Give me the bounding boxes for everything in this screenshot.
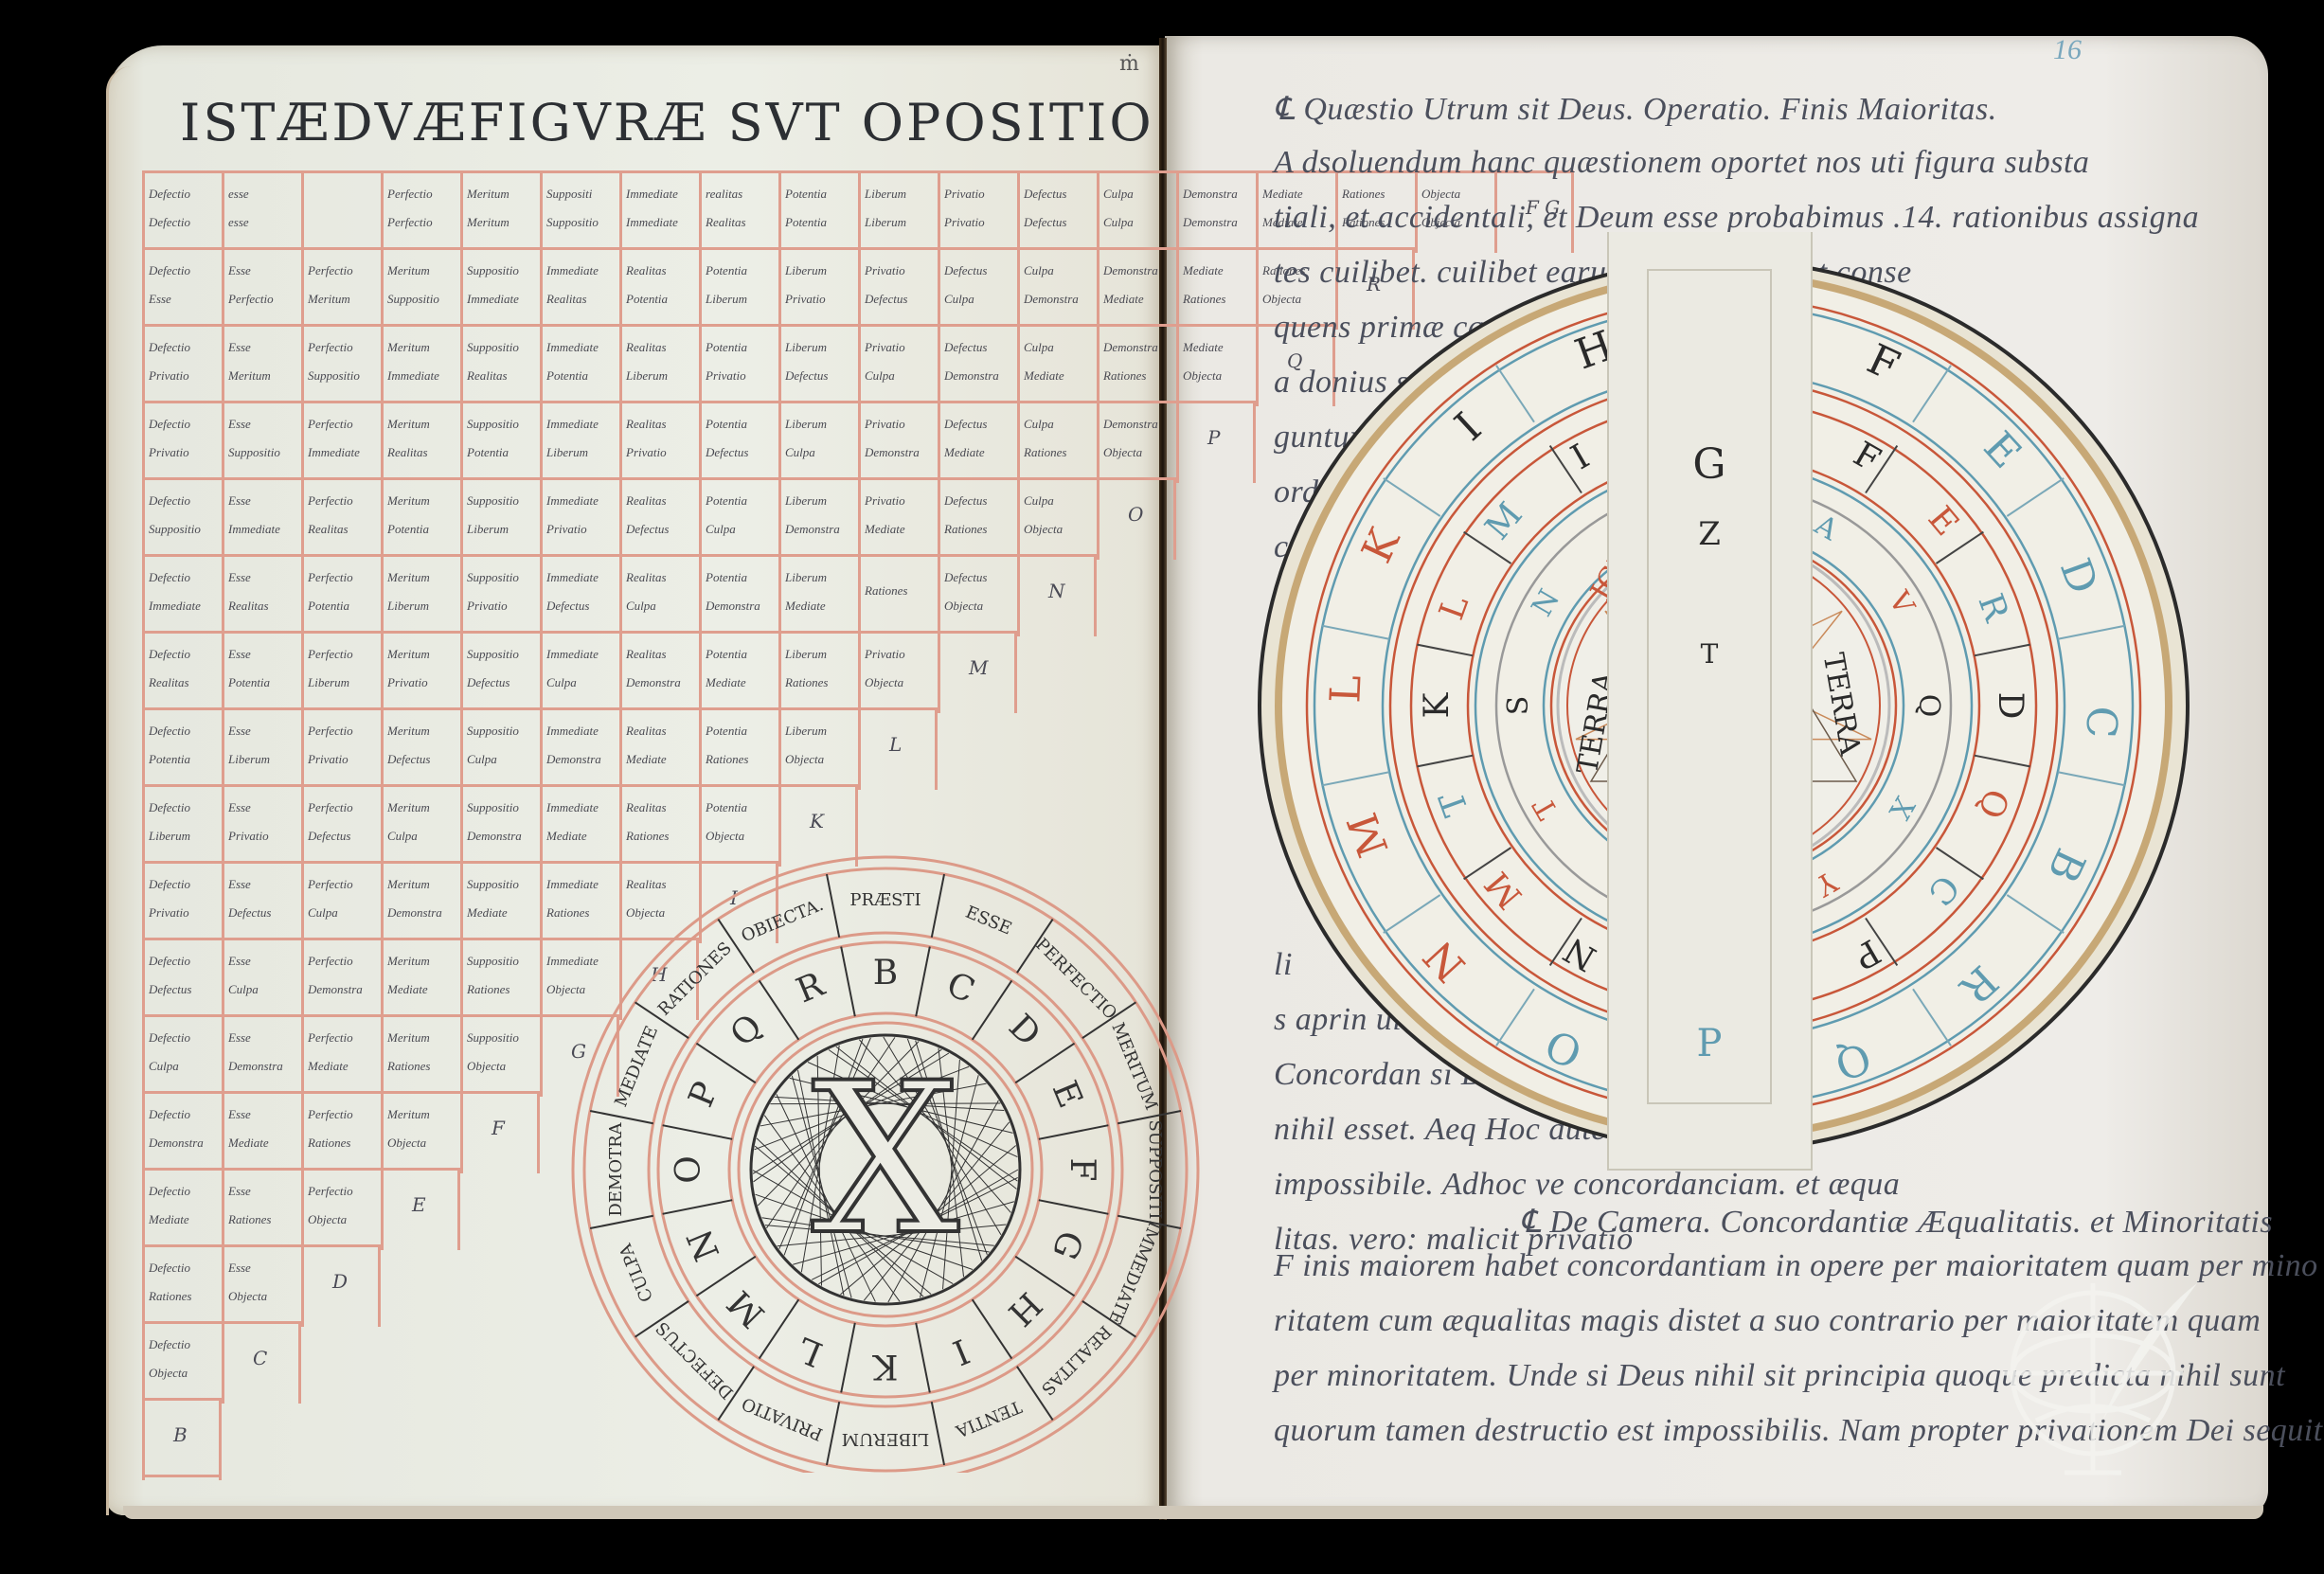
svg-text:P: P bbox=[1697, 1022, 1723, 1065]
row-label-cell: D bbox=[301, 1247, 381, 1327]
ring-label: F bbox=[1063, 1158, 1101, 1182]
table-cell: RealitasPrivatio bbox=[619, 403, 699, 483]
row-label-cell: C bbox=[222, 1324, 301, 1404]
row-label: F bbox=[492, 1120, 505, 1136]
table-cell: DefectioDefectus bbox=[142, 940, 222, 1020]
table-cell: DefectioMediate bbox=[142, 1171, 222, 1250]
table-cell: SuppositioImmediate bbox=[460, 250, 540, 330]
table-cell: EsseRationes bbox=[222, 1171, 301, 1250]
table-cell: LiberumDefectus bbox=[778, 327, 858, 406]
table-cell: MeritumImmediate bbox=[381, 327, 460, 406]
table-cell: ImmediateImmediate bbox=[619, 173, 699, 253]
ring-label: N bbox=[680, 1224, 727, 1266]
table-cell: DefectusDemonstra bbox=[938, 327, 1017, 406]
ring-label: G bbox=[1044, 1225, 1090, 1264]
table-cell: SuppositioPotentia bbox=[460, 403, 540, 483]
ring-label: OBIECTA. bbox=[739, 895, 827, 947]
table-cell: DemonstraObjecta bbox=[1097, 403, 1176, 483]
table-row: DefectioDemonstraEsseMediatePerfectioRat… bbox=[142, 1091, 540, 1171]
table-cell: DefectusCulpa bbox=[938, 250, 1017, 330]
table-cell: EsseObjecta bbox=[222, 1247, 301, 1327]
table-cell: MeritumMediate bbox=[381, 940, 460, 1020]
table-cell: SuppositioDemonstra bbox=[460, 787, 540, 867]
title-mark: ṁ bbox=[1119, 52, 1139, 76]
table-cell: PrivatioPrivatio bbox=[938, 173, 1017, 253]
table-cell: PerfectioPotentia bbox=[301, 557, 381, 636]
ring-label: O bbox=[670, 1155, 708, 1184]
svg-text:Z: Z bbox=[1698, 515, 1721, 553]
ring-label: S bbox=[1502, 696, 1535, 716]
table-cell: LiberumPrivatio bbox=[778, 250, 858, 330]
globe-quill-book-icon bbox=[1998, 1269, 2216, 1496]
table-cell: EsseSuppositio bbox=[222, 403, 301, 483]
table-cell: DefectioDefectio bbox=[142, 173, 222, 253]
table-cell: realitasRealitas bbox=[699, 173, 778, 253]
table-cell: DefectusMediate bbox=[938, 403, 1017, 483]
table-cell: MeritumMeritum bbox=[460, 173, 540, 253]
text-line: A dsoluendum hanc quæstionem oportet nos… bbox=[1274, 145, 2089, 181]
table-cell: LiberumDemonstra bbox=[778, 480, 858, 560]
table-cell: EsseMeritum bbox=[222, 327, 301, 406]
row-label: N bbox=[1048, 583, 1065, 599]
table-cell: MeritumPotentia bbox=[381, 480, 460, 560]
table-cell: ImmediateRealitas bbox=[540, 250, 619, 330]
table-cell: DefectioSuppositio bbox=[142, 480, 222, 560]
ring-label: Q bbox=[1912, 694, 1945, 718]
ring-label: ESSE bbox=[962, 903, 1014, 939]
table-cell: DemonstraMediate bbox=[1097, 250, 1176, 330]
table-row: DefectioObjectaC bbox=[142, 1321, 301, 1401]
table-row: DefectioPrivatioEsseMeritumPerfectioSupp… bbox=[142, 324, 1335, 403]
table-cell: RealitasCulpa bbox=[619, 557, 699, 636]
row-label-cell: L bbox=[858, 710, 938, 790]
ring-label: LIBERUM bbox=[842, 1429, 930, 1449]
ring-label: K bbox=[871, 1347, 898, 1386]
table-cell: PerfectioRealitas bbox=[301, 480, 381, 560]
left-page-edges bbox=[106, 66, 132, 1515]
table-cell: PotentiaPotentia bbox=[778, 173, 858, 253]
table-cell: PerfectioLiberum bbox=[301, 634, 381, 713]
ring-label: L bbox=[1321, 674, 1370, 704]
table-cell: PerfectioPerfectio bbox=[381, 173, 460, 253]
ring-label: E bbox=[1045, 1076, 1090, 1114]
table-row: DefectioPotentiaEsseLiberumPerfectioPriv… bbox=[142, 707, 938, 787]
table-cell: DefectioPrivatio bbox=[142, 327, 222, 406]
table-cell: SuppositioCulpa bbox=[460, 710, 540, 790]
left-combinatory-wheel: PRÆSTIESSEPERFECTIOMERITUMSUPPOSITIIMMED… bbox=[568, 810, 1212, 1473]
ring-label: PRIVATIO bbox=[739, 1393, 826, 1444]
table-cell: PotentiaDefectus bbox=[699, 403, 778, 483]
table-cell: PerfectioRationes bbox=[301, 1094, 381, 1173]
table-cell: ImmediateLiberum bbox=[540, 403, 619, 483]
table-cell: EsseDemonstra bbox=[222, 1017, 301, 1097]
table-cell: DefectioDemonstra bbox=[142, 1094, 222, 1173]
table-cell: PerfectioSuppositio bbox=[301, 327, 381, 406]
table-cell: PrivatioCulpa bbox=[858, 327, 938, 406]
book-bottom-edge bbox=[123, 1506, 2263, 1519]
table-row: DefectioRealitasEssePotentiaPerfectioLib… bbox=[142, 631, 1017, 710]
table-cell: DefectioPotentia bbox=[142, 710, 222, 790]
table-cell: MeritumSuppositio bbox=[381, 250, 460, 330]
table-cell: PerfectioPrivatio bbox=[301, 710, 381, 790]
table-cell: LiberumObjecta bbox=[778, 710, 858, 790]
table-cell: LiberumCulpa bbox=[778, 403, 858, 483]
table-cell: RealitasDemonstra bbox=[619, 634, 699, 713]
row-label: D bbox=[332, 1274, 348, 1289]
ring-label: R bbox=[791, 965, 831, 1011]
page-number: 16 bbox=[2053, 34, 2082, 66]
table-cell: PerfectioCulpa bbox=[301, 864, 381, 943]
ring-label: D bbox=[1991, 692, 2029, 720]
table-cell: RealitasLiberum bbox=[619, 327, 699, 406]
row-label: C bbox=[253, 1350, 267, 1366]
table-cell: EssePerfectio bbox=[222, 250, 301, 330]
table-cell: EsseLiberum bbox=[222, 710, 301, 790]
table-cell: Rationes bbox=[858, 557, 938, 636]
table-cell: PerfectioDemonstra bbox=[301, 940, 381, 1020]
table-cell: PerfectioMeritum bbox=[301, 250, 381, 330]
table-cell: PrivatioDefectus bbox=[858, 250, 938, 330]
table-cell: DefectusObjecta bbox=[938, 557, 1017, 636]
svg-text:T: T bbox=[1701, 638, 1719, 670]
table-cell: SuppositioPrivatio bbox=[460, 557, 540, 636]
row-label: M bbox=[969, 660, 988, 675]
table-cell: EsseRealitas bbox=[222, 557, 301, 636]
table-row: DefectioMediateEsseRationesPerfectioObje… bbox=[142, 1168, 460, 1247]
table-cell: PrivatioDemonstra bbox=[858, 403, 938, 483]
table-cell: PrivatioMediate bbox=[858, 480, 938, 560]
table-cell: PrivatioObjecta bbox=[858, 634, 938, 713]
table-cell: EsseImmediate bbox=[222, 480, 301, 560]
table-cell: PotentiaMediate bbox=[699, 634, 778, 713]
table-cell: PotentiaLiberum bbox=[699, 250, 778, 330]
row-label: O bbox=[1128, 507, 1143, 522]
table-cell: SuppositioLiberum bbox=[460, 480, 540, 560]
table-cell: SuppositioRationes bbox=[460, 940, 540, 1020]
row-label-cell: O bbox=[1097, 480, 1176, 560]
table-cell: MeritumLiberum bbox=[381, 557, 460, 636]
table-cell: CulpaCulpa bbox=[1097, 173, 1176, 253]
table-cell: PerfectioMediate bbox=[301, 1017, 381, 1097]
table-cell: MeritumCulpa bbox=[381, 787, 460, 867]
ring-label: D bbox=[1001, 1008, 1047, 1054]
table-cell: RealitasMediate bbox=[619, 710, 699, 790]
table-cell: RealitasDefectus bbox=[619, 480, 699, 560]
ring-label: RATIONES bbox=[654, 939, 736, 1020]
table-cell: LiberumRationes bbox=[778, 634, 858, 713]
row-label: L bbox=[889, 737, 902, 752]
table-cell: ImmediateDemonstra bbox=[540, 710, 619, 790]
text-line: tiali, et accidentali, et Deum esse prob… bbox=[1274, 200, 2199, 236]
table-cell: RealitasPotentia bbox=[619, 250, 699, 330]
table-row: DefectioRationesEsseObjectaD bbox=[142, 1244, 381, 1324]
row-label-cell: F bbox=[460, 1094, 540, 1173]
table-cell: MeritumPrivatio bbox=[381, 634, 460, 713]
table-row: DefectioEsseEssePerfectioPerfectioMeritu… bbox=[142, 247, 1415, 327]
table-cell: PerfectioImmediate bbox=[301, 403, 381, 483]
row-label-cell: B bbox=[142, 1401, 222, 1480]
table-cell: MeritumDefectus bbox=[381, 710, 460, 790]
table-cell bbox=[301, 173, 381, 253]
row-label-cell: E bbox=[381, 1171, 460, 1250]
ring-label: CULPA bbox=[616, 1240, 657, 1304]
ring-label: C bbox=[941, 965, 980, 1011]
table-row: DefectioSuppositioEsseImmediatePerfectio… bbox=[142, 477, 1176, 557]
table-cell: DefectusRationes bbox=[938, 480, 1017, 560]
ring-label: P bbox=[682, 1077, 726, 1113]
ring-label: PRÆSTI bbox=[849, 890, 921, 910]
table-cell: SuppositioRealitas bbox=[460, 327, 540, 406]
table-cell: DefectioRealitas bbox=[142, 634, 222, 713]
ring-label: SUPPOSITI bbox=[1145, 1119, 1165, 1219]
table-cell: PerfectioObjecta bbox=[301, 1171, 381, 1250]
ring-label: MEDIATE bbox=[611, 1023, 662, 1109]
table-cell: DefectioPrivatio bbox=[142, 864, 222, 943]
table-row: B bbox=[142, 1398, 222, 1477]
ring-label: C bbox=[2076, 705, 2125, 739]
table-cell: LiberumMediate bbox=[778, 557, 858, 636]
table-cell: ImmediateCulpa bbox=[540, 634, 619, 713]
section-heading: ℄ De Camera. Concordantiæ Æqualitatis. e… bbox=[1520, 1203, 2273, 1241]
table-cell: DefectioImmediate bbox=[142, 557, 222, 636]
table-cell: DefectioEsse bbox=[142, 250, 222, 330]
table-cell: DefectioLiberum bbox=[142, 787, 222, 867]
ring-label: K bbox=[1418, 691, 1457, 718]
ring-label: I bbox=[947, 1331, 974, 1371]
table-cell: DefectioRationes bbox=[142, 1247, 222, 1327]
table-cell: CulpaMediate bbox=[1017, 327, 1097, 406]
ring-label: L bbox=[793, 1329, 829, 1373]
ring-label: H bbox=[1000, 1284, 1048, 1333]
table-cell: MeritumRationes bbox=[381, 1017, 460, 1097]
table-cell: EssePrivatio bbox=[222, 787, 301, 867]
table-cell: CulpaRationes bbox=[1017, 403, 1097, 483]
table-cell: ImmediatePrivatio bbox=[540, 480, 619, 560]
table-row: DefectioCulpaEsseDemonstraPerfectioMedia… bbox=[142, 1014, 619, 1094]
table-cell: PotentiaDemonstra bbox=[699, 557, 778, 636]
table-row: DefectioPrivatioEsseSuppositioPerfectioI… bbox=[142, 401, 1256, 480]
table-cell: ImmediateDefectus bbox=[540, 557, 619, 636]
row-label: E bbox=[412, 1197, 426, 1212]
table-cell: EssePotentia bbox=[222, 634, 301, 713]
table-cell: SuppositioMediate bbox=[460, 864, 540, 943]
table-cell: PotentiaPrivatio bbox=[699, 327, 778, 406]
wheel-center-x: X bbox=[812, 1038, 960, 1280]
table-cell: CulpaDemonstra bbox=[1017, 250, 1097, 330]
table-cell: PotentiaRationes bbox=[699, 710, 778, 790]
table-cell: ImmediatePotentia bbox=[540, 327, 619, 406]
table-cell: DefectioPrivatio bbox=[142, 403, 222, 483]
table-cell: SuppositiSuppositio bbox=[540, 173, 619, 253]
row-label-cell: N bbox=[1017, 557, 1097, 636]
table-cell: DefectioCulpa bbox=[142, 1017, 222, 1097]
table-cell: EsseMediate bbox=[222, 1094, 301, 1173]
table-cell: DefectusDefectus bbox=[1017, 173, 1097, 253]
ring-label: DEMOTRA bbox=[606, 1121, 626, 1216]
table-cell: MeritumObjecta bbox=[381, 1094, 460, 1173]
table-cell: EsseDefectus bbox=[222, 864, 301, 943]
table-row: DefectioImmediateEsseRealitasPerfectioPo… bbox=[142, 554, 1097, 634]
ring-label: Q bbox=[723, 1007, 770, 1054]
page-title: ISTÆDVÆFIGVRÆ SVT OPOSITIO bbox=[180, 93, 1154, 152]
row-label: P bbox=[1207, 430, 1220, 445]
table-cell: SuppositioDefectus bbox=[460, 634, 540, 713]
table-cell: esseesse bbox=[222, 173, 301, 253]
table-cell: PotentiaCulpa bbox=[699, 480, 778, 560]
table-cell: SuppositioObjecta bbox=[460, 1017, 540, 1097]
table-cell: LiberumLiberum bbox=[858, 173, 938, 253]
ring-label: M bbox=[721, 1282, 773, 1334]
row-label-cell: M bbox=[938, 634, 1017, 713]
pointer-strip[interactable]: GZTP bbox=[1608, 232, 1812, 1170]
volvelle-diagram[interactable]: HGFEDCBRQPONMLKIIHGFERDQCPBONMTKLMZAVQXY… bbox=[1231, 232, 2216, 1179]
row-label: B bbox=[173, 1427, 188, 1442]
ring-label: B bbox=[873, 954, 898, 993]
text-line: ℄ Quæstio Utrum sit Deus. Operatio. Fini… bbox=[1274, 90, 1997, 128]
table-cell: MeritumRealitas bbox=[381, 403, 460, 483]
table-cell: CulpaObjecta bbox=[1017, 480, 1097, 560]
ring-label: TENTIA bbox=[952, 1396, 1024, 1441]
table-cell: DemonstraRationes bbox=[1097, 327, 1176, 406]
table-cell: EsseCulpa bbox=[222, 940, 301, 1020]
ring-label: REALITAS bbox=[1037, 1321, 1115, 1399]
table-cell: MeritumDemonstra bbox=[381, 864, 460, 943]
table-cell: PerfectioDefectus bbox=[301, 787, 381, 867]
svg-text:G: G bbox=[1692, 440, 1725, 489]
table-cell: DefectioObjecta bbox=[142, 1324, 222, 1404]
